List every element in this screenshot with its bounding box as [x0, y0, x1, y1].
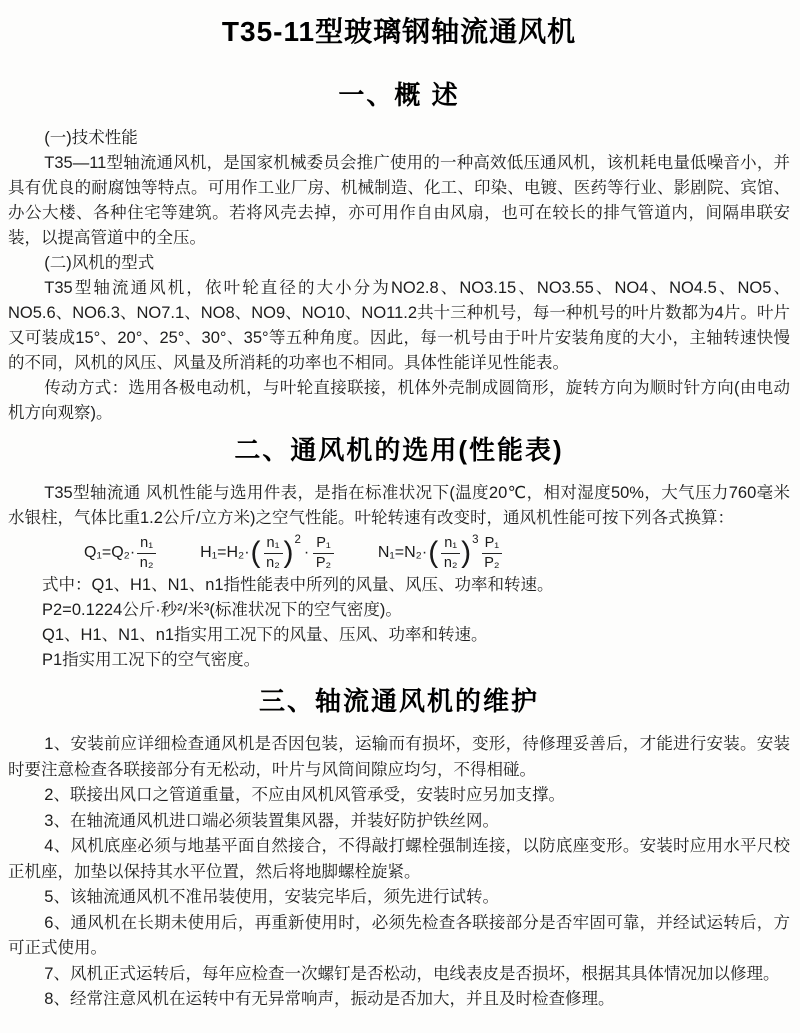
- section-overview-body: (一)技术性能 T35—11型轴流通风机，是国家机械委员会推广使用的一种高效低压…: [8, 126, 790, 426]
- section-selection-heading: 二、通风机的选用(性能表): [8, 434, 790, 467]
- formula-n-numerator-2: P₁: [482, 535, 503, 554]
- formula-h-fraction-1: n₁ n₂: [264, 535, 283, 571]
- maintenance-item-5: 5、该轴流通风机不准吊装使用，安装完毕后，须先进行试转。: [8, 885, 790, 911]
- formula-notes: 式中：Q1、H1、N1、n1指性能表中所列的风量、风压、功率和转速。 P2=0.…: [8, 573, 790, 673]
- maintenance-item-4: 4、风机底座必须与地基平面自然接合，不得敲打螺栓强制连接，以防底座变形。安装时应…: [8, 834, 790, 885]
- formula-n-numerator-1: n₁: [441, 535, 460, 554]
- formula-q-numerator: n₁: [137, 535, 156, 554]
- formula-h-exponent: 2: [295, 534, 301, 546]
- formula-n: N₁=N₂· ( n₁ n₂ ) 3 P₁ P₂: [378, 535, 502, 571]
- formula-h-numerator-1: n₁: [264, 535, 283, 554]
- maintenance-item-8: 8、经常注意风机在运转中有无异常响声，振动是否加大，并且及时检查修理。: [8, 987, 790, 1013]
- overview-paragraph-3: 传动方式：选用各极电动机，与叶轮直接联接，机体外壳制成圆筒形，旋转方向为顺时针方…: [8, 376, 790, 426]
- formula-n-fraction-2: P₁ P₂: [482, 535, 503, 571]
- formula-h-lead: H₁=H₂·: [200, 544, 249, 562]
- overview-paragraph-2: T35型轴流通风机，依叶轮直径的大小分为NO2.8、NO3.15、NO3.55、…: [8, 276, 790, 376]
- selection-paragraph-1: T35型轴流通 风机性能与选用件表，是指在标准状况下(温度20℃，相对湿度50%…: [8, 481, 790, 531]
- section-maintenance-heading: 三、轴流通风机的维护: [8, 685, 790, 718]
- formula-n-denominator-1: n₂: [441, 554, 460, 572]
- formula-h-fraction-2: P₁ P₂: [313, 535, 334, 571]
- maintenance-list: 1、安装前应详细检查通风机是否因包装，运输而有损坏，变形，待修理妥善后，才能进行…: [8, 732, 790, 1013]
- maintenance-item-1: 1、安装前应详细检查通风机是否因包装，运输而有损坏，变形，待修理妥善后，才能进行…: [8, 732, 790, 783]
- maintenance-item-6: 6、通风机在长期未使用后，再重新使用时，必须先检查各联接部分是否牢固可靠，并经试…: [8, 911, 790, 962]
- formula-n-denominator-2: P₂: [482, 554, 503, 572]
- formula-n-fraction-1: n₁ n₂: [441, 535, 460, 571]
- overview-sub2-heading: (二)风机的型式: [8, 251, 790, 276]
- formula-h-dot: ·: [304, 544, 309, 562]
- formula-note-3: Q1、H1、N1、n1指实用工况下的风量、压风、功率和转速。: [8, 623, 790, 648]
- section-overview-heading: 一、概 述: [8, 79, 790, 112]
- formula-h: H₁=H₂· ( n₁ n₂ ) 2 · P₁ P₂: [200, 535, 334, 571]
- formula-note-2: P2=0.1224公斤·秒²/米³(标准状况下的空气密度)。: [8, 598, 790, 623]
- maintenance-item-2: 2、联接出风口之管道重量，不应由风机风管承受，安装时应另加支撑。: [8, 783, 790, 809]
- formula-q-denominator: n₂: [137, 554, 156, 572]
- formula-q: Q₁=Q₂· n₁ n₂: [84, 535, 156, 571]
- formula-n-open-paren: (: [428, 538, 438, 568]
- conversion-formulas: Q₁=Q₂· n₁ n₂ H₁=H₂· ( n₁ n₂ ) 2 · P₁ P₂ …: [8, 535, 790, 571]
- maintenance-item-7: 7、风机正式运转后，每年应检查一次螺钉是否松动，电线表皮是否损坏，根据其具体情况…: [8, 962, 790, 988]
- section-selection-body: T35型轴流通 风机性能与选用件表，是指在标准状况下(温度20℃，相对湿度50%…: [8, 481, 790, 531]
- maintenance-item-3: 3、在轴流通风机进口端必须装置集风器，并装好防护铁丝网。: [8, 809, 790, 835]
- formula-n-lead: N₁=N₂·: [378, 544, 427, 562]
- formula-note-1: 式中：Q1、H1、N1、n1指性能表中所列的风量、风压、功率和转速。: [8, 573, 790, 598]
- formula-h-denominator-2: P₂: [313, 554, 334, 572]
- formula-h-open-paren: (: [251, 538, 261, 568]
- formula-note-4: P1指实用工况下的空气密度。: [8, 648, 790, 673]
- overview-sub1-heading: (一)技术性能: [8, 126, 790, 151]
- formula-n-exponent: 3: [472, 534, 478, 546]
- formula-n-close-paren: ): [461, 538, 471, 568]
- overview-paragraph-1: T35—11型轴流通风机，是国家机械委员会推广使用的一种高效低压通风机，该机耗电…: [8, 151, 790, 251]
- formula-q-lead: Q₁=Q₂·: [84, 544, 135, 562]
- document-page: T35-11型玻璃钢轴流通风机 一、概 述 (一)技术性能 T35—11型轴流通…: [0, 0, 800, 1033]
- formula-q-fraction: n₁ n₂: [137, 535, 156, 571]
- formula-h-numerator-2: P₁: [313, 535, 334, 554]
- formula-h-denominator-1: n₂: [264, 554, 283, 572]
- document-title: T35-11型玻璃钢轴流通风机: [8, 14, 790, 49]
- formula-h-close-paren: ): [284, 538, 294, 568]
